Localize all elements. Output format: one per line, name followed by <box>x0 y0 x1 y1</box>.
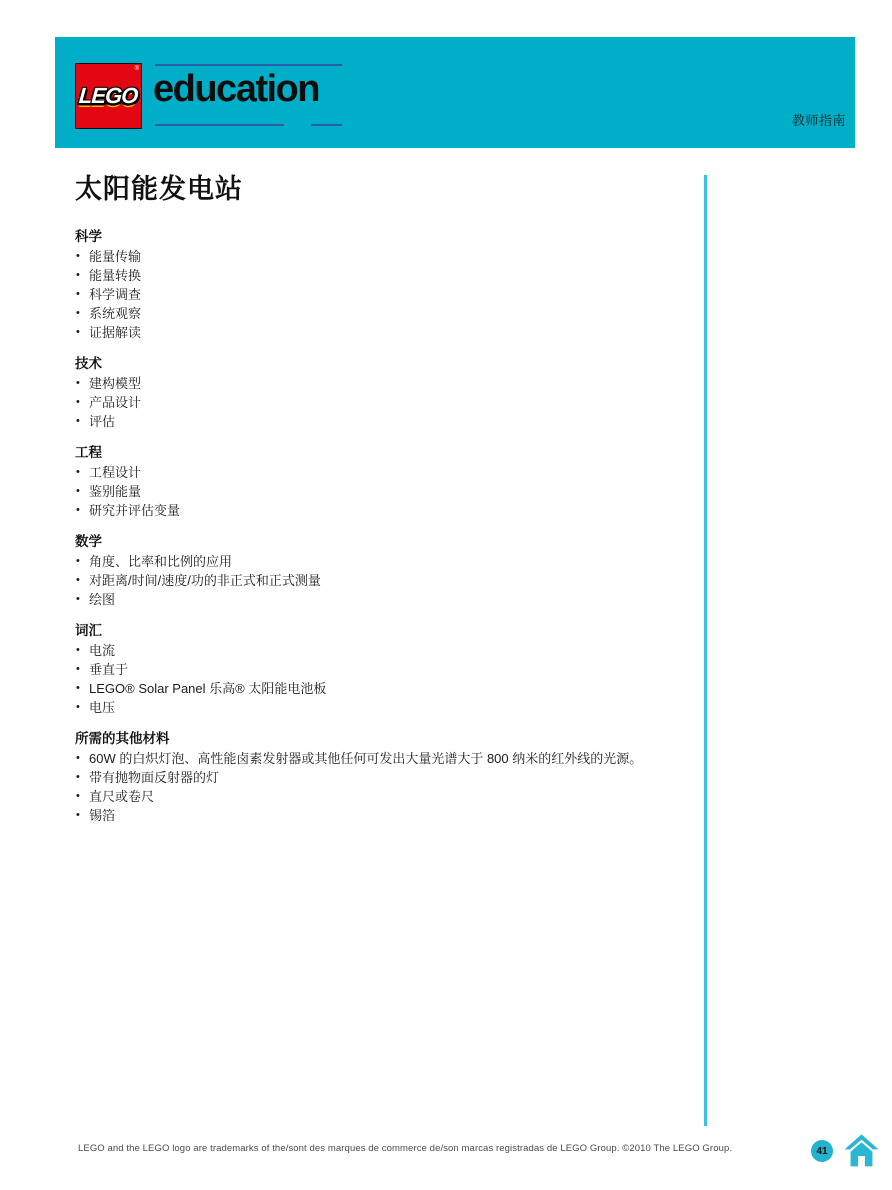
content-section: 技术建构模型产品设计评估 <box>75 354 690 431</box>
page-number: 41 <box>816 1146 827 1157</box>
lego-logo: LEGO ® <box>75 63 142 129</box>
list-item: 评估 <box>75 412 690 431</box>
bullet-list: 60W 的白炽灯泡、高性能卤素发射器或其他任何可发出大量光谱大于 800 纳米的… <box>75 749 690 825</box>
list-item: 角度、比率和比例的应用 <box>75 552 690 571</box>
section-heading: 数学 <box>75 532 690 552</box>
document-page: LEGO ® education 教师指南 太阳能发电站 科学能量传输能量转换科… <box>0 0 892 1190</box>
content-section: 工程工程设计鉴别能量研究并评估变量 <box>75 443 690 520</box>
list-item: 电压 <box>75 698 690 717</box>
home-icon[interactable] <box>843 1132 880 1169</box>
section-heading: 所需的其他材料 <box>75 729 690 749</box>
list-item: 对距离/时间/速度/功的非正式和正式测量 <box>75 571 690 590</box>
list-item: 绘图 <box>75 590 690 609</box>
header-bar: LEGO ® education 教师指南 <box>55 37 855 148</box>
list-item: 能量转换 <box>75 266 690 285</box>
list-item: 60W 的白炽灯泡、高性能卤素发射器或其他任何可发出大量光谱大于 800 纳米的… <box>75 749 690 768</box>
sections: 科学能量传输能量转换科学调查系统观察证据解读技术建构模型产品设计评估工程工程设计… <box>75 227 690 837</box>
accent-line-bottom-left <box>155 124 284 126</box>
bullet-list: 电流垂直于LEGO® Solar Panel 乐高® 太阳能电池板电压 <box>75 641 690 717</box>
list-item: 鉴别能量 <box>75 482 690 501</box>
section-heading: 词汇 <box>75 621 690 641</box>
accent-line-bottom-right <box>311 124 342 126</box>
trademark-text: LEGO and the LEGO logo are trademarks of… <box>78 1143 732 1154</box>
list-item: 建构模型 <box>75 374 690 393</box>
list-item: 带有抛物面反射器的灯 <box>75 768 690 787</box>
list-item: 工程设计 <box>75 463 690 482</box>
page-number-badge: 41 <box>811 1140 833 1162</box>
list-item: 系统观察 <box>75 304 690 323</box>
list-item: 证据解读 <box>75 323 690 342</box>
list-item: 电流 <box>75 641 690 660</box>
list-item: 锡箔 <box>75 806 690 825</box>
lego-logo-text: LEGO <box>78 83 138 109</box>
registered-mark: ® <box>135 66 139 72</box>
section-heading: 科学 <box>75 227 690 247</box>
content-section: 词汇电流垂直于LEGO® Solar Panel 乐高® 太阳能电池板电压 <box>75 621 690 717</box>
list-item: 科学调查 <box>75 285 690 304</box>
content-section: 数学角度、比率和比例的应用对距离/时间/速度/功的非正式和正式测量绘图 <box>75 532 690 609</box>
page-title: 太阳能发电站 <box>75 167 243 206</box>
education-wordmark: education <box>153 70 319 108</box>
section-heading: 技术 <box>75 354 690 374</box>
list-item: 垂直于 <box>75 660 690 679</box>
list-item: 直尺或卷尺 <box>75 787 690 806</box>
bullet-list: 建构模型产品设计评估 <box>75 374 690 431</box>
vertical-divider-rule <box>704 175 707 1126</box>
education-wordmark-block: education <box>153 37 343 148</box>
bullet-list: 角度、比率和比例的应用对距离/时间/速度/功的非正式和正式测量绘图 <box>75 552 690 609</box>
bullet-list: 工程设计鉴别能量研究并评估变量 <box>75 463 690 520</box>
bullet-list: 能量传输能量转换科学调查系统观察证据解读 <box>75 247 690 342</box>
content-section: 科学能量传输能量转换科学调查系统观察证据解读 <box>75 227 690 342</box>
list-item: LEGO® Solar Panel 乐高® 太阳能电池板 <box>75 679 690 698</box>
section-heading: 工程 <box>75 443 690 463</box>
list-item: 能量传输 <box>75 247 690 266</box>
accent-line-top <box>155 64 342 66</box>
list-item: 产品设计 <box>75 393 690 412</box>
teacher-guide-label: 教师指南 <box>792 110 846 129</box>
list-item: 研究并评估变量 <box>75 501 690 520</box>
content-section: 所需的其他材料60W 的白炽灯泡、高性能卤素发射器或其他任何可发出大量光谱大于 … <box>75 729 690 825</box>
